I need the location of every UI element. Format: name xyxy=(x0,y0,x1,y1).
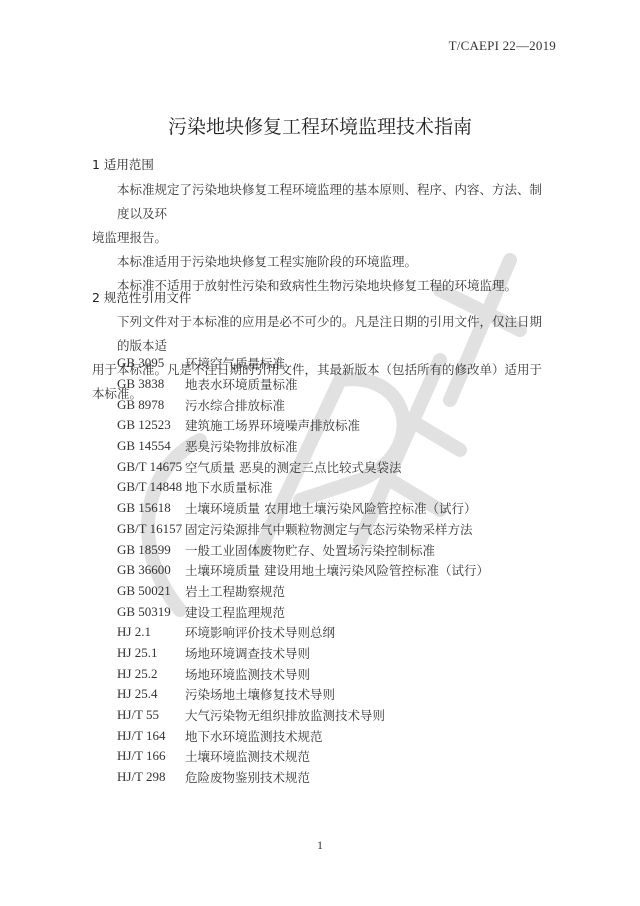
reference-name: 恶臭污染物排放标准 xyxy=(185,437,298,455)
document-page: T/CAEPI 22—2019 污染地块修复工程环境监理技术指南 1 适用范围 … xyxy=(0,0,640,906)
reference-name: 污染场地土壤修复技术导则 xyxy=(185,685,335,703)
reference-item: GB 18599一般工业固体废物贮存、处置场污染控制标准 xyxy=(117,539,557,560)
page-number: 1 xyxy=(0,838,640,853)
reference-item: HJ/T 55大气污染物无组织排放监测技术导则 xyxy=(117,705,557,726)
document-title: 污染地块修复工程环境监理技术指南 xyxy=(0,112,640,139)
reference-item: HJ 25.1场地环境调查技术导则 xyxy=(117,643,557,664)
reference-code: GB/T 16157 xyxy=(117,521,185,537)
reference-name: 土壤环境质量 建设用地土壤污染风险管控标准（试行） xyxy=(185,561,489,579)
reference-code: GB 18599 xyxy=(117,542,185,558)
reference-name: 固定污染源排气中颗粒物测定与气态污染物采样方法 xyxy=(185,520,473,538)
reference-name: 土壤环境监测技术规范 xyxy=(185,747,310,765)
reference-name: 土壤环境质量 农用地土壤污染风险管控标准（试行） xyxy=(185,499,476,517)
reference-code: HJ/T 164 xyxy=(117,728,185,744)
reference-item: HJ/T 298危险废物鉴别技术规范 xyxy=(117,767,557,788)
reference-item: HJ 2.1环境影响评价技术导则总纲 xyxy=(117,622,557,643)
reference-code: GB 15618 xyxy=(117,500,185,516)
reference-name: 岩土工程勘察规范 xyxy=(185,582,285,600)
reference-item: GB 15618土壤环境质量 农用地土壤污染风险管控标准（试行） xyxy=(117,498,557,519)
section-heading-scope: 1 适用范围 xyxy=(92,155,154,173)
reference-item: GB 50021岩土工程勘察规范 xyxy=(117,581,557,602)
reference-code: HJ 25.2 xyxy=(117,666,185,682)
reference-item: GB/T 16157固定污染源排气中颗粒物测定与气态污染物采样方法 xyxy=(117,519,557,540)
paragraph: 本标准规定了污染地块修复工程环境监理的基本原则、程序、内容、方法、制度以及环 xyxy=(92,178,552,226)
reference-code: HJ 2.1 xyxy=(117,624,185,640)
reference-code: HJ/T 55 xyxy=(117,707,185,723)
reference-name: 空气质量 恶臭的测定三点比较式臭袋法 xyxy=(185,458,401,476)
reference-name: 危险废物鉴别技术规范 xyxy=(185,768,310,786)
reference-name: 建设工程监理规范 xyxy=(185,603,285,621)
reference-item: GB 12523建筑施工场界环境噪声排放标准 xyxy=(117,415,557,436)
standard-code: T/CAEPI 22—2019 xyxy=(449,38,556,54)
reference-code: GB 14554 xyxy=(117,438,185,454)
reference-code: GB/T 14848 xyxy=(117,479,185,495)
reference-code: GB 8978 xyxy=(117,397,185,413)
reference-code: HJ 25.4 xyxy=(117,686,185,702)
reference-code: GB 50319 xyxy=(117,604,185,620)
reference-code: HJ/T 166 xyxy=(117,748,185,764)
reference-code: GB/T 14675 xyxy=(117,459,185,475)
reference-name: 地下水环境监测技术规范 xyxy=(185,727,323,745)
reference-item: HJ 25.2场地环境监测技术导则 xyxy=(117,663,557,684)
reference-item: GB 14554恶臭污染物排放标准 xyxy=(117,436,557,457)
reference-list: GB 3095环境空气质量标准 GB 3838地表水环境质量标准 GB 8978… xyxy=(117,353,557,787)
reference-code: HJ/T 298 xyxy=(117,769,185,785)
reference-code: GB 12523 xyxy=(117,417,185,433)
reference-code: GB 3838 xyxy=(117,376,185,392)
reference-item: GB 3838地表水环境质量标准 xyxy=(117,374,557,395)
reference-name: 场地环境监测技术导则 xyxy=(185,665,310,683)
reference-code: GB 3095 xyxy=(117,355,185,371)
reference-code: GB 50021 xyxy=(117,583,185,599)
paragraph: 下列文件对于本标准的应用是必不可少的。凡是注日期的引用文件，仅注日期的版本适 xyxy=(92,310,552,358)
section-scope-body: 本标准规定了污染地块修复工程环境监理的基本原则、程序、内容、方法、制度以及环 境… xyxy=(92,178,552,298)
paragraph-continued: 境监理报告。 xyxy=(92,226,552,250)
paragraph: 本标准适用于污染地块修复工程实施阶段的环境监理。 xyxy=(92,250,552,274)
reference-item: HJ 25.4污染场地土壤修复技术导则 xyxy=(117,684,557,705)
section-heading-normative-references: 2 规范性引用文件 xyxy=(92,288,191,306)
reference-name: 环境影响评价技术导则总纲 xyxy=(185,623,335,641)
reference-item: GB/T 14848地下水质量标准 xyxy=(117,477,557,498)
reference-item: GB 8978污水综合排放标准 xyxy=(117,394,557,415)
reference-item: GB 50319建设工程监理规范 xyxy=(117,601,557,622)
reference-name: 地下水质量标准 xyxy=(185,478,273,496)
reference-item: HJ/T 166土壤环境监测技术规范 xyxy=(117,746,557,767)
reference-item: GB 36600土壤环境质量 建设用地土壤污染风险管控标准（试行） xyxy=(117,560,557,581)
reference-name: 环境空气质量标准 xyxy=(185,354,285,372)
reference-name: 建筑施工场界环境噪声排放标准 xyxy=(185,416,360,434)
reference-name: 场地环境调查技术导则 xyxy=(185,644,310,662)
reference-item: GB/T 14675空气质量 恶臭的测定三点比较式臭袋法 xyxy=(117,456,557,477)
reference-name: 污水综合排放标准 xyxy=(185,396,285,414)
reference-code: GB 36600 xyxy=(117,562,185,578)
reference-name: 大气污染物无组织排放监测技术导则 xyxy=(185,706,385,724)
reference-name: 一般工业固体废物贮存、处置场污染控制标准 xyxy=(185,541,435,559)
reference-name: 地表水环境质量标准 xyxy=(185,375,298,393)
reference-item: GB 3095环境空气质量标准 xyxy=(117,353,557,374)
reference-code: HJ 25.1 xyxy=(117,645,185,661)
reference-item: HJ/T 164地下水环境监测技术规范 xyxy=(117,725,557,746)
